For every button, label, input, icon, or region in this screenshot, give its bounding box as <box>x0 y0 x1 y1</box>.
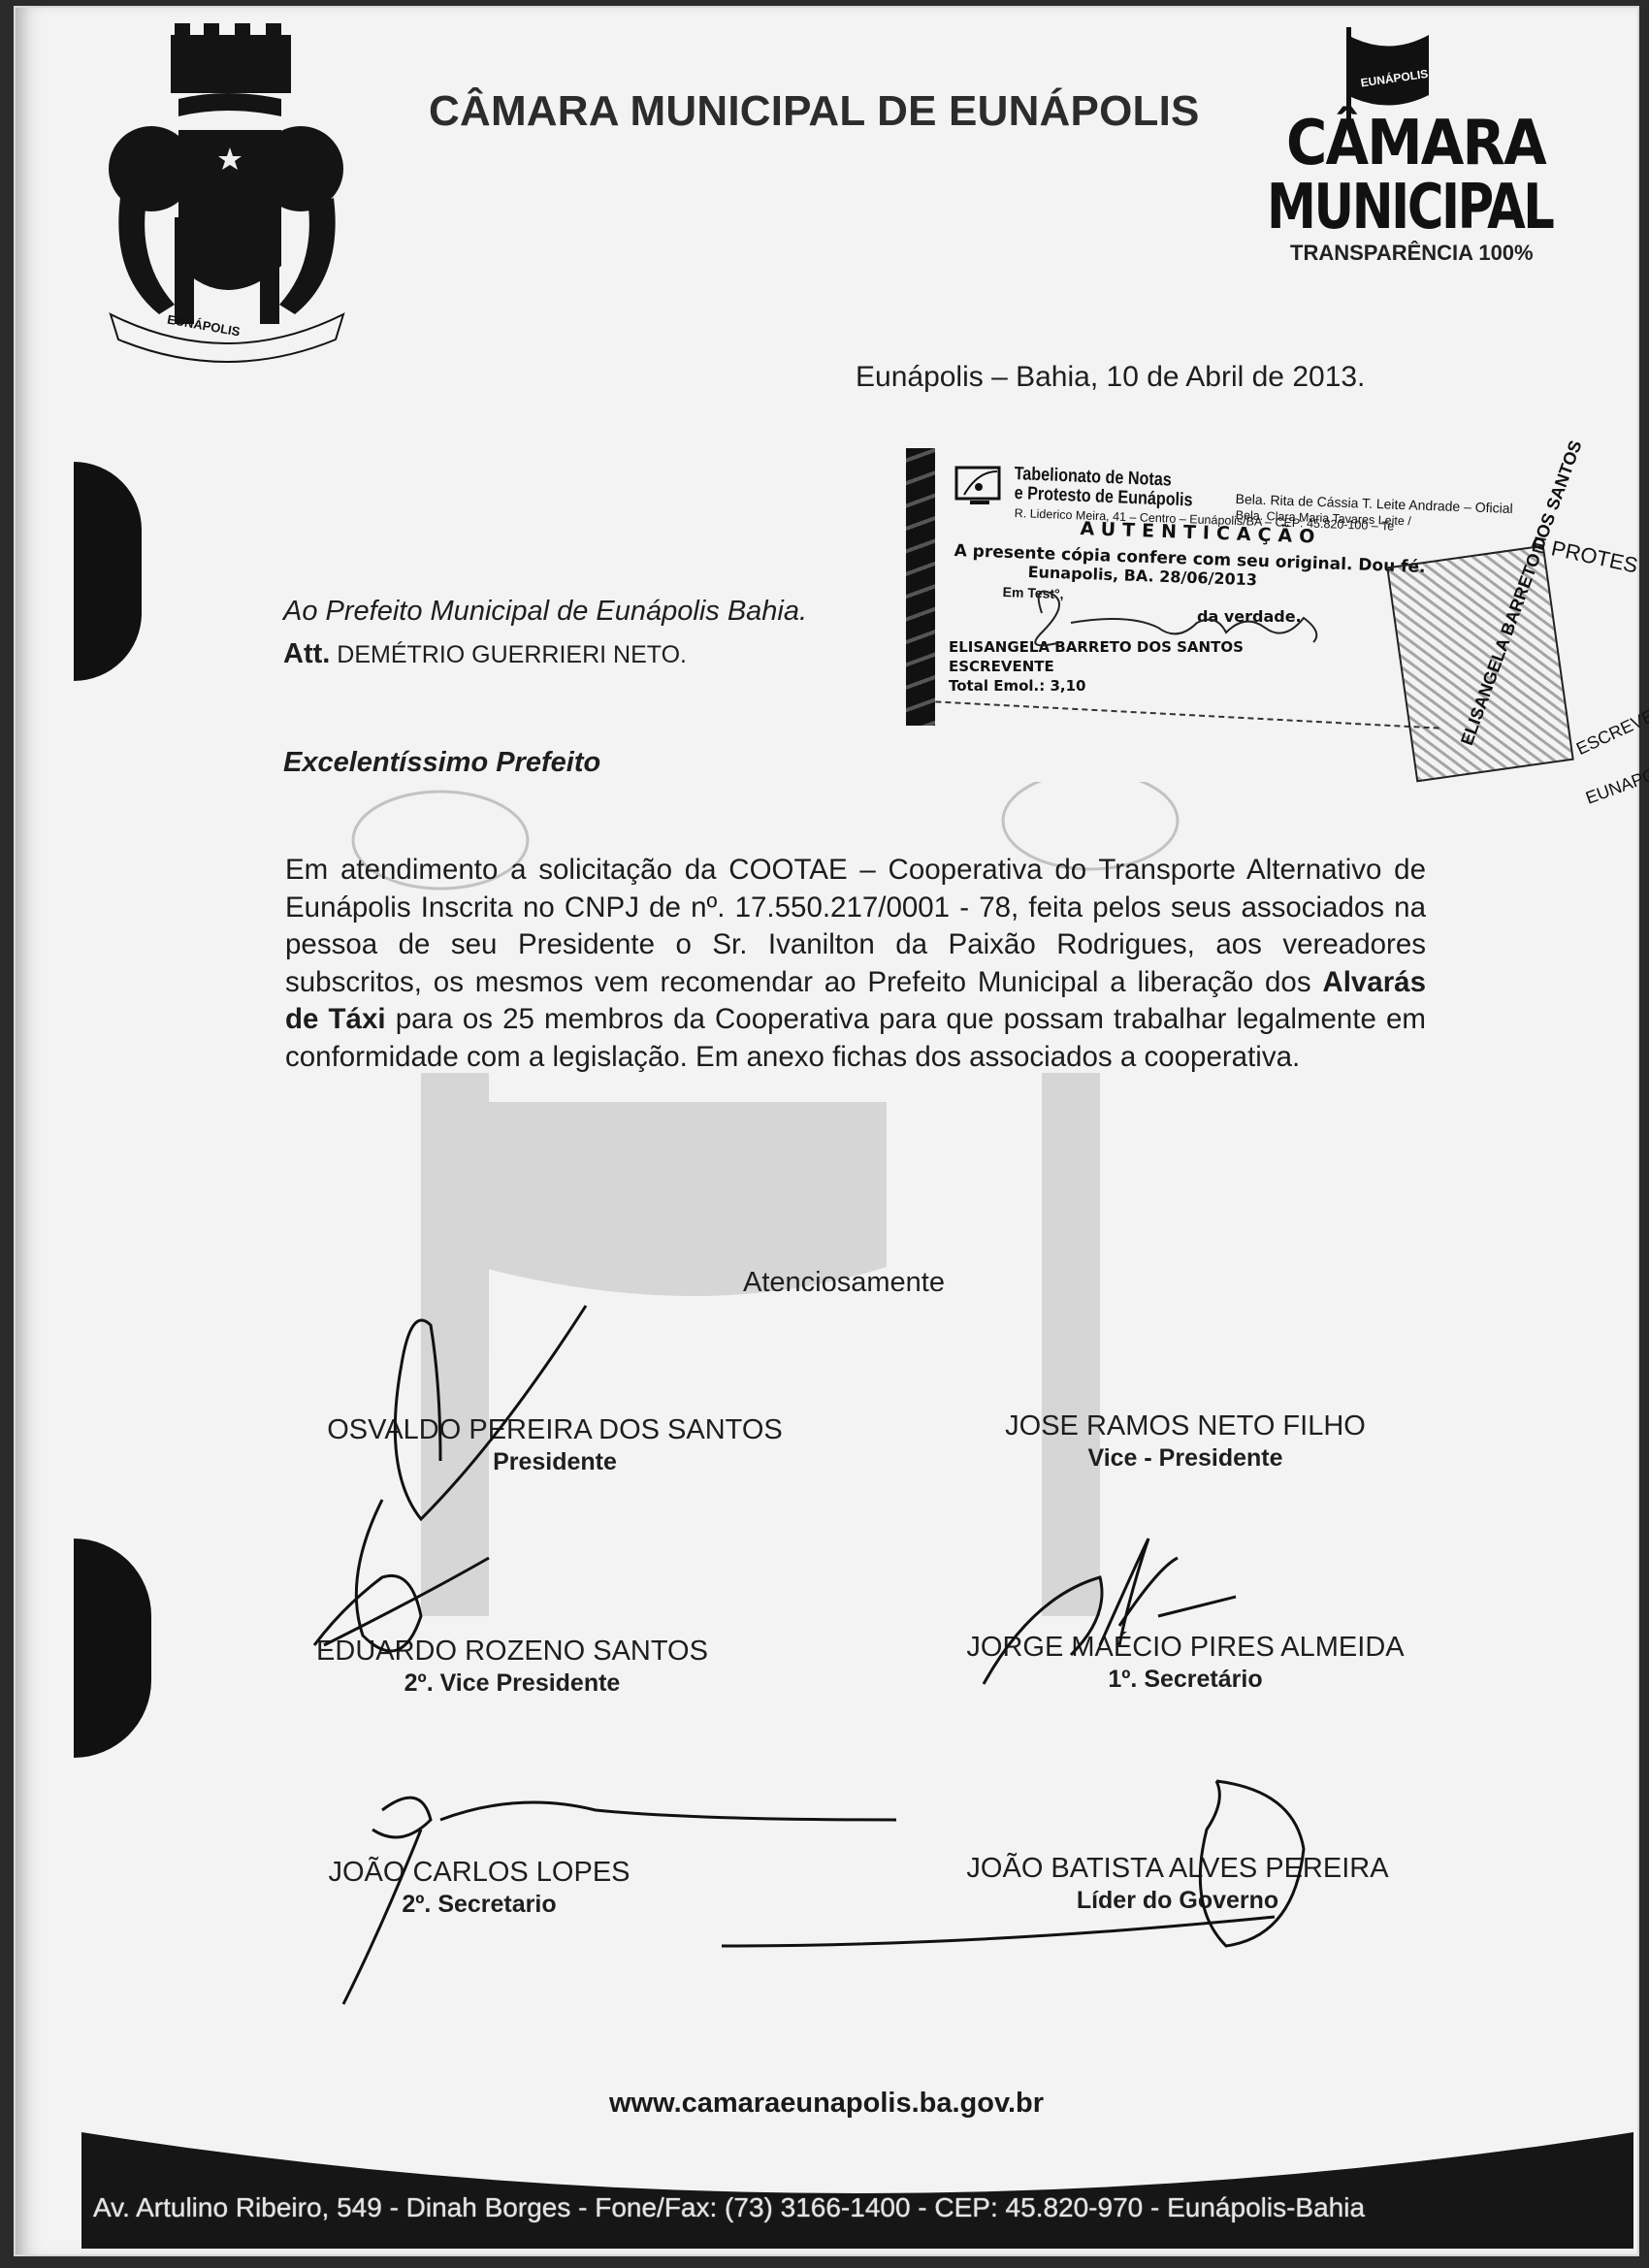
signature-osvaldo <box>395 1306 586 1519</box>
signature-joao-carlos <box>343 1798 896 2004</box>
signature-joao-batista <box>722 1781 1304 1946</box>
footer-band <box>81 2109 1633 2249</box>
document-page: EUNÁPOLIS CÂMARA MUNICIPAL DE EUNÁPOLIS … <box>14 6 1639 2256</box>
signature-jorge <box>984 1539 1236 1684</box>
footer-address: Av. Artulino Ribeiro, 549 - Dinah Borges… <box>93 2192 1606 2223</box>
signature-eduardo <box>314 1500 489 1651</box>
handwritten-signatures <box>14 6 1639 2256</box>
